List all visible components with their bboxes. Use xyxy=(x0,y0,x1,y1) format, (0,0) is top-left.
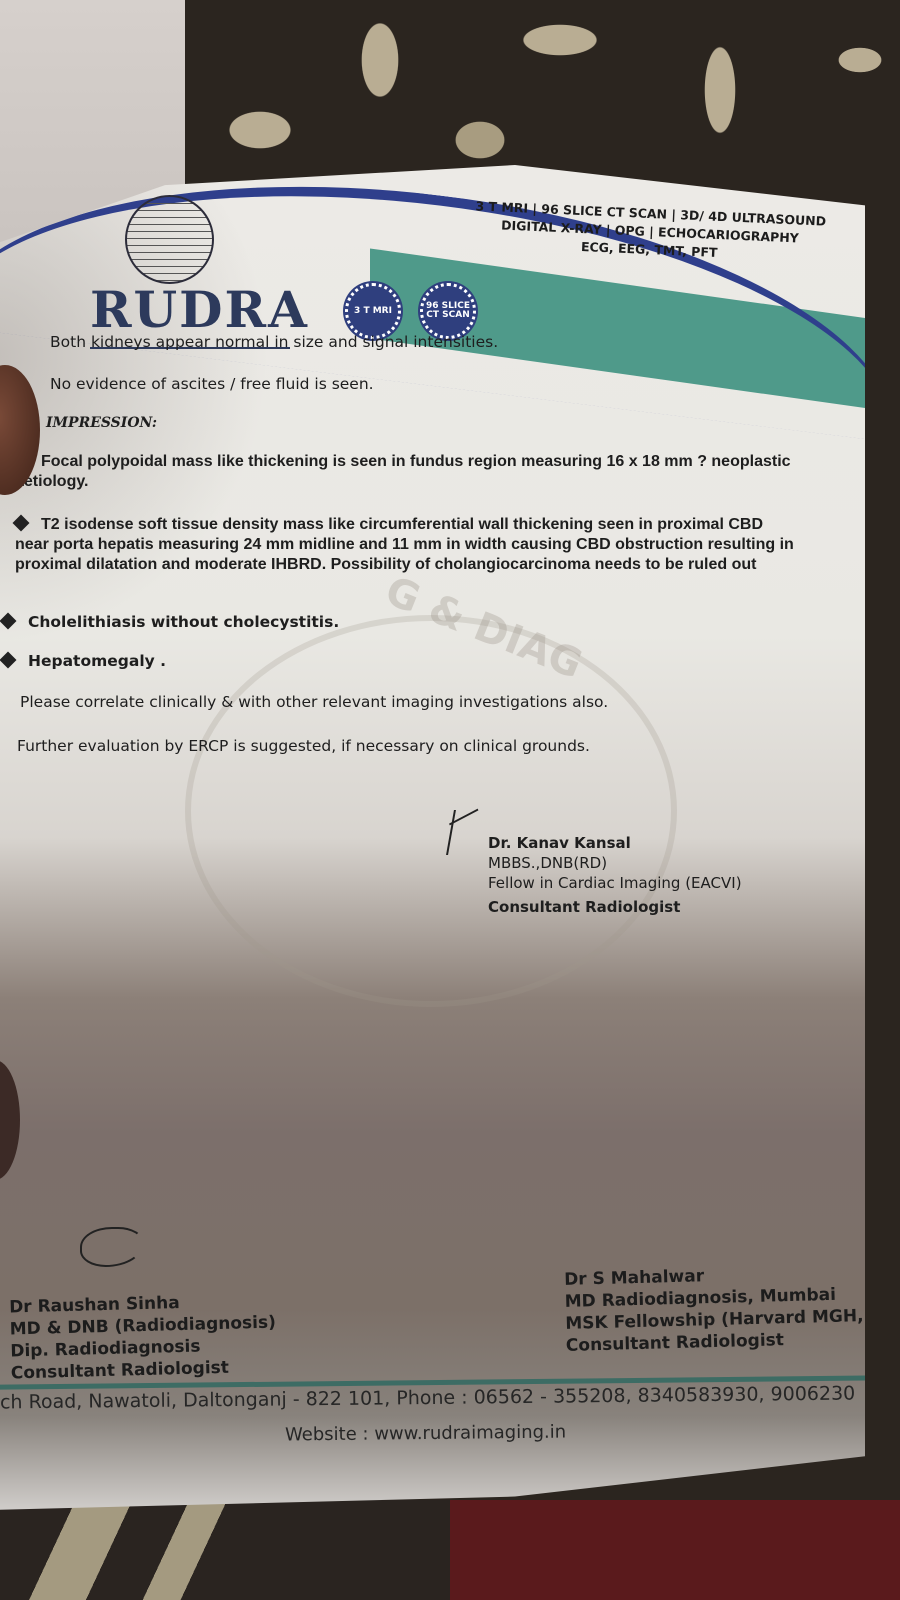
footer-doctor-sinha: Dr Raushan Sinha MD & DNB (Radiodiagnosi… xyxy=(9,1290,277,1385)
bullet-icon xyxy=(13,514,30,531)
brand-name: RUDRA xyxy=(90,280,309,339)
finding-ascites: No evidence of ascites / free fluid is s… xyxy=(50,375,374,393)
badge-96-slice-ct: 96 SLICE CT SCAN xyxy=(420,283,476,339)
note-ercp: Further evaluation by ERCP is suggested,… xyxy=(17,737,590,755)
impression-item: Focal polypoidal mass like thickening is… xyxy=(15,452,825,492)
reporting-doctor-block: Dr. Kanav Kansal MBBS.,DNB(RD) Fellow in… xyxy=(488,833,742,917)
signature-sinha xyxy=(80,1227,144,1267)
report-page: RUDRA 3 T MRI 96 SLICE CT SCAN 3 T MRI |… xyxy=(0,165,865,1510)
watermark-seal xyxy=(185,615,677,1007)
footer-website: Website : www.rudraimaging.in xyxy=(285,1422,566,1446)
impression-item: T2 isodense soft tissue density mass lik… xyxy=(15,515,795,575)
impression-item: Hepatomegaly . xyxy=(2,652,166,670)
bullet-icon xyxy=(0,651,16,668)
fabric-background-bottom xyxy=(0,1500,900,1600)
doctor-qualification: MBBS.,DNB(RD) xyxy=(488,853,742,873)
impression-heading: IMPRESSION: xyxy=(46,415,157,431)
rudra-logo: RUDRA xyxy=(90,195,260,335)
bullet-icon xyxy=(0,612,16,629)
doctor-title: Consultant Radiologist xyxy=(488,897,742,917)
logo-emblem-icon xyxy=(125,195,214,284)
footer-doctor-mahalwar: Dr S Mahalwar MD Radiodiagnosis, Mumbai … xyxy=(564,1261,865,1357)
impression-item: Cholelithiasis without cholecystitis. xyxy=(2,613,339,631)
doctor-fellowship: Fellow in Cardiac Imaging (EACVI) xyxy=(488,873,742,893)
badge-3t-mri: 3 T MRI xyxy=(345,283,401,339)
doctor-name: Dr. Kanav Kansal xyxy=(488,833,742,853)
finding-kidneys: Both kidneys appear normal in size and s… xyxy=(50,333,498,351)
note-correlate: Please correlate clinically & with other… xyxy=(20,693,608,711)
